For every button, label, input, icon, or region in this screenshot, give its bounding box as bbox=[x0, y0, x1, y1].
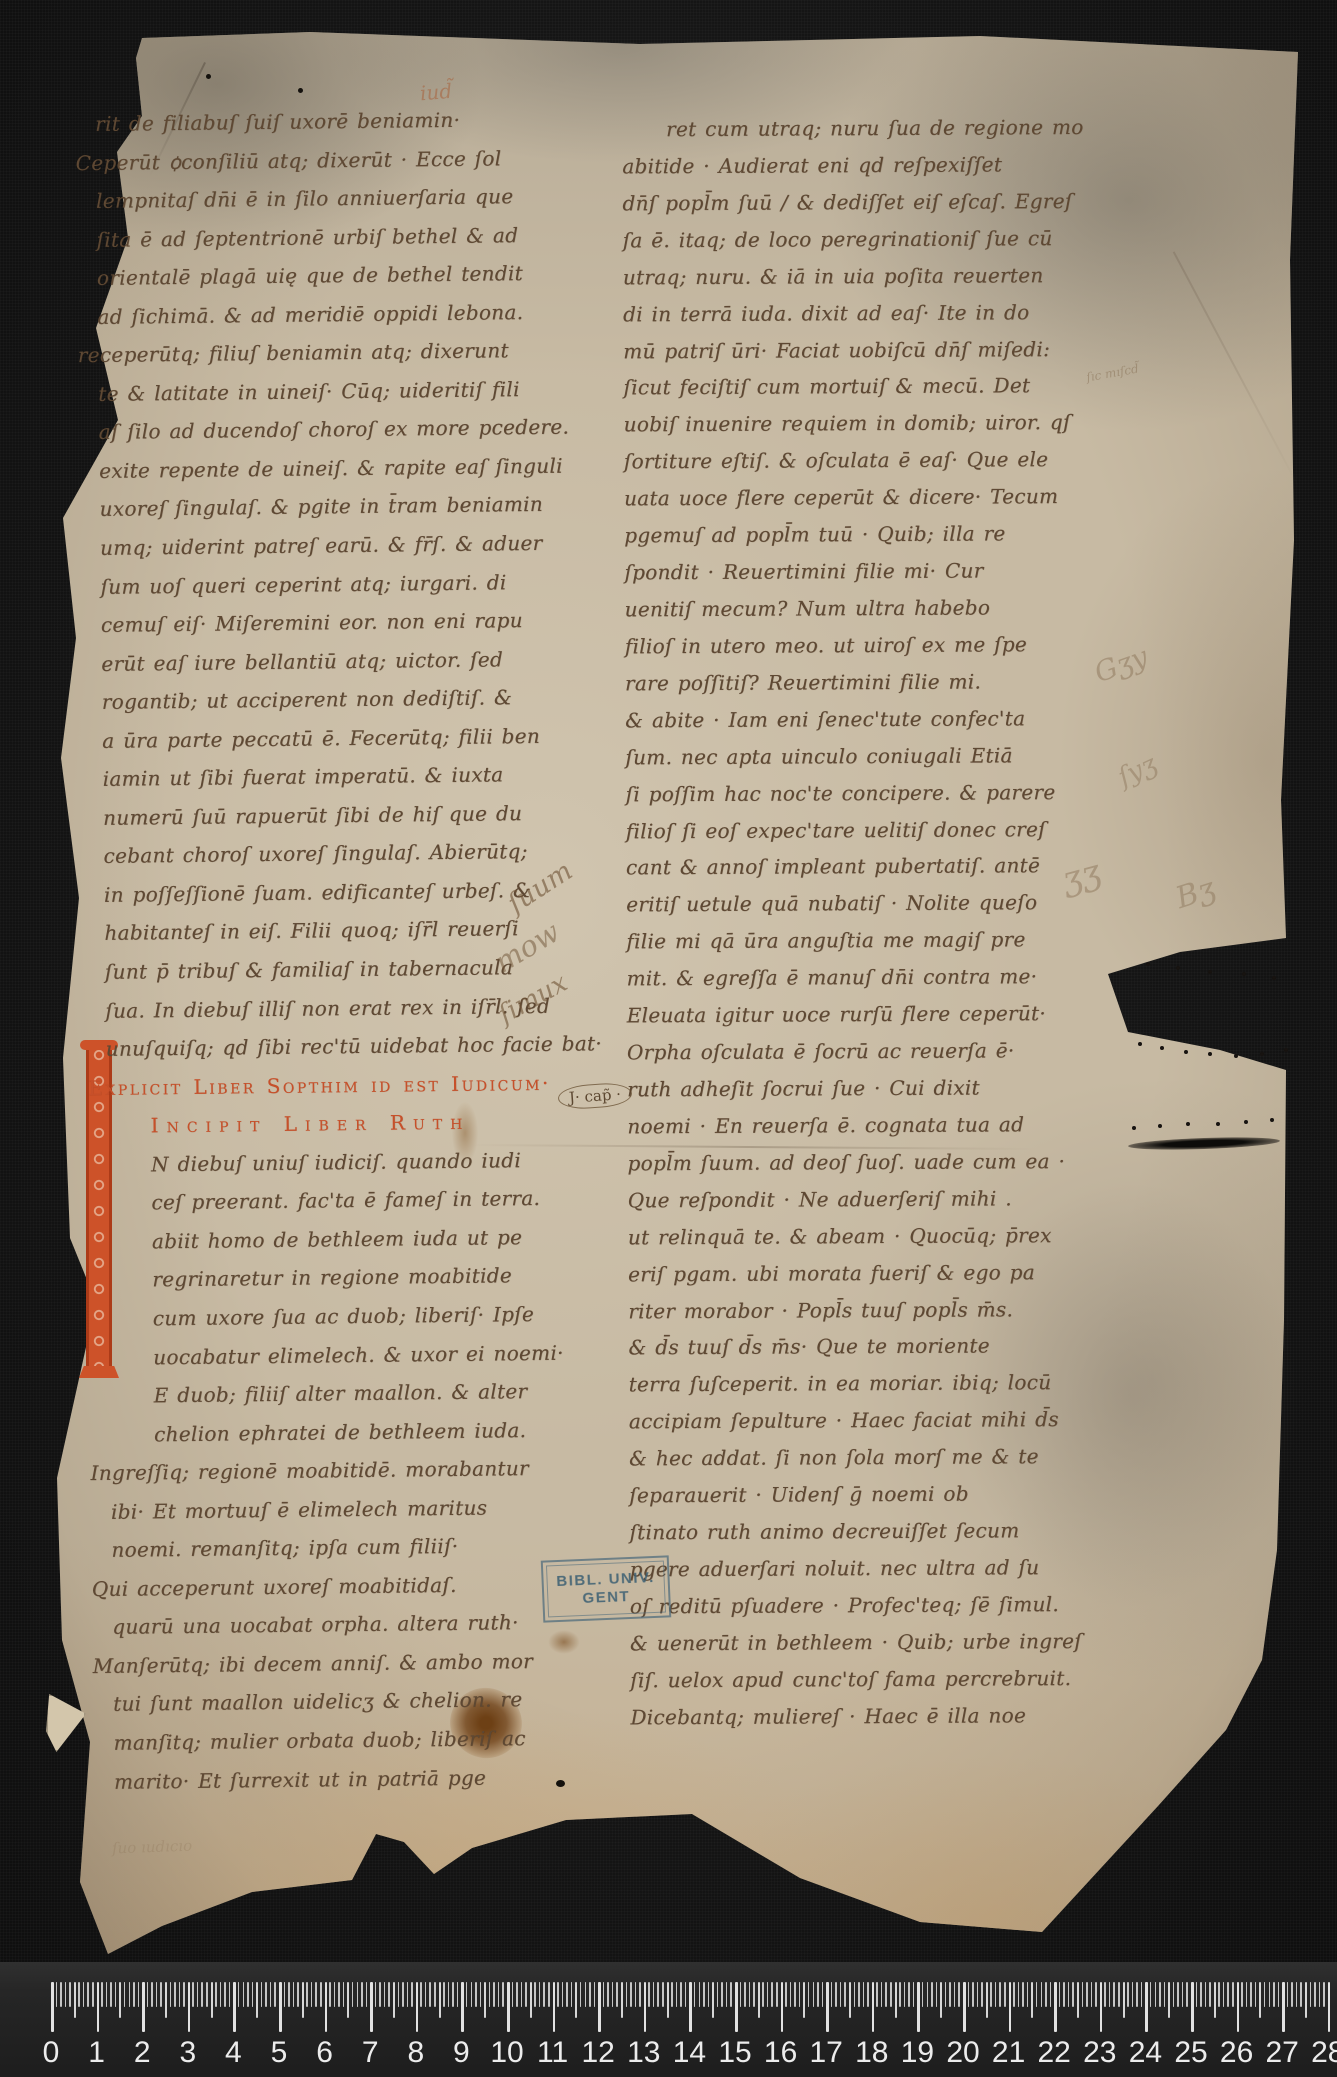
ruler-tick bbox=[1022, 1982, 1024, 2007]
ruler-tick bbox=[256, 1982, 258, 2018]
ruler-tick bbox=[835, 1982, 837, 2007]
ruler-tick bbox=[452, 1982, 454, 2007]
ruler-tick bbox=[1145, 1982, 1148, 2032]
ruler-tick bbox=[972, 1982, 974, 2007]
ruler-tick bbox=[375, 1982, 377, 2007]
ruler-tick bbox=[657, 1982, 659, 2007]
ruler-tick bbox=[699, 1982, 701, 2007]
text-line: abitide · Audierat eni qd reſpexiſſet bbox=[622, 146, 1142, 186]
ruler-tick bbox=[1310, 1982, 1312, 2007]
ruler-tick bbox=[1287, 1982, 1289, 2007]
text-line: filie mi qā ūra anguſtia me magiſ pre bbox=[626, 921, 1146, 961]
ruler-number: 24 bbox=[1129, 2036, 1162, 2070]
ruler-tick bbox=[849, 1982, 851, 2018]
ruler-tick bbox=[183, 1982, 185, 2007]
ruler-tick bbox=[1041, 1982, 1043, 2007]
ruler-tick bbox=[411, 1982, 413, 2007]
ruler-tick bbox=[229, 1982, 231, 2007]
ruler-tick bbox=[379, 1982, 381, 2007]
ruler-tick bbox=[188, 1982, 191, 2032]
worm-hole bbox=[206, 74, 211, 79]
text-line: uenitiſ mecum? Num ultra habebo bbox=[625, 589, 1145, 629]
ruler-tick bbox=[1168, 1982, 1170, 2018]
ruler-tick bbox=[694, 1982, 696, 2007]
ruler-tick bbox=[1273, 1982, 1275, 2007]
ruler-number: 4 bbox=[225, 2036, 242, 2070]
text-line: ad ſichimā. & ad meridiē oppidi lebona. bbox=[97, 292, 609, 336]
ruler-tick bbox=[771, 1982, 773, 2007]
ruler-tick bbox=[1159, 1982, 1161, 2007]
ruler-tick bbox=[507, 1982, 510, 2032]
ruler-tick bbox=[192, 1982, 194, 2007]
measuring-ruler: 0123456789101112131415161718192021222324… bbox=[0, 1962, 1337, 2077]
ruler-tick bbox=[457, 1982, 459, 2007]
text-line: rare poſſitiſ? Reuertimini filie mi. bbox=[625, 662, 1145, 702]
ruler-tick bbox=[626, 1982, 628, 2007]
ruler-tick bbox=[170, 1982, 172, 2007]
ruler-tick bbox=[885, 1982, 887, 2007]
ruler-tick bbox=[238, 1982, 240, 2007]
ruler-tick bbox=[653, 1982, 655, 2007]
ruler-tick bbox=[361, 1982, 363, 2007]
ruler-tick bbox=[1227, 1982, 1229, 2007]
text-line: Manſerūtq; ibi decem anniſ. & ambo mor bbox=[93, 1641, 625, 1686]
text-line: manſitq; mulier orbata duob; liberiſ ac bbox=[113, 1718, 625, 1762]
ruler-tick bbox=[1059, 1982, 1061, 2007]
ruler-tick bbox=[1068, 1982, 1070, 2007]
ruler-tick bbox=[1191, 1982, 1194, 2032]
ruler-tick bbox=[311, 1982, 313, 2007]
text-column-right: ret cum utraq; nuru ſua de regione moabi… bbox=[622, 109, 1150, 1736]
ruler-number: 0 bbox=[43, 2036, 60, 2070]
ruler-tick bbox=[635, 1982, 637, 2007]
text-line: ſi poſſim hac noc'te concipere. & parere bbox=[625, 773, 1145, 813]
ruler-number: 10 bbox=[490, 2036, 523, 2070]
ruler-tick bbox=[612, 1982, 614, 2007]
ruler-tick bbox=[703, 1982, 705, 2007]
ruler-tick bbox=[270, 1982, 272, 2007]
ruler-tick bbox=[393, 1982, 395, 2018]
ruler-tick bbox=[840, 1982, 842, 2007]
ruler-tick bbox=[954, 1982, 956, 2007]
ruler-tick bbox=[56, 1982, 58, 2007]
ruler-tick bbox=[781, 1982, 784, 2032]
text-line: ret cum utraq; nuru ſua de regione mo bbox=[622, 109, 1142, 149]
ruler-tick bbox=[1086, 1982, 1088, 2007]
ruler-tick bbox=[1278, 1982, 1280, 2007]
ruler-tick bbox=[83, 1982, 85, 2007]
ruler-number: 26 bbox=[1220, 2036, 1253, 2070]
text-line: te & latitate in uineiſ· Cūq; uideritiſ … bbox=[98, 369, 610, 413]
text-line: utraq; nuru. & iā in uia poſita reuerten bbox=[623, 256, 1143, 296]
ruler-tick bbox=[968, 1982, 970, 2007]
ruler-tick bbox=[785, 1982, 787, 2007]
ruler-tick bbox=[831, 1982, 833, 2007]
ruler-tick bbox=[147, 1982, 149, 2007]
ruler-number: 6 bbox=[316, 2036, 333, 2070]
ruler-tick bbox=[233, 1982, 236, 2032]
ruler-tick bbox=[730, 1982, 732, 2007]
text-line: Ingreſſiq; regionē moabitidē. morabantur bbox=[90, 1448, 622, 1493]
ruler-tick bbox=[767, 1982, 769, 2007]
text-line: mū patriſ ūri· Faciat uobiſcū dn̄ſ miſed… bbox=[623, 330, 1143, 370]
text-line: chelion ephratei de bethleem iuda. bbox=[110, 1410, 622, 1454]
ruler-tick bbox=[648, 1982, 650, 2007]
ruler-tick bbox=[156, 1982, 158, 2007]
ruler-tick bbox=[1319, 1982, 1321, 2007]
ruler-tick bbox=[562, 1982, 564, 2007]
ruler-number: 7 bbox=[362, 2036, 379, 2070]
ruler-tick bbox=[539, 1982, 541, 2007]
ruler-tick bbox=[708, 1982, 710, 2007]
ruler-tick bbox=[1173, 1982, 1175, 2007]
ruler-tick bbox=[1255, 1982, 1257, 2007]
ruler-tick bbox=[448, 1982, 450, 2007]
faded-note: ſuo ıudıcıo bbox=[112, 1837, 193, 1858]
ruler-tick bbox=[1077, 1982, 1079, 2018]
ruler-number: 20 bbox=[946, 2036, 979, 2070]
ruler-tick bbox=[402, 1982, 404, 2007]
ruler-tick bbox=[1004, 1982, 1006, 2007]
text-line: E duob; filiiſ alter maallon. & alter bbox=[109, 1371, 621, 1415]
ruler-tick bbox=[1072, 1982, 1074, 2007]
text-line: pgere aduerſari noluit. nec ultra ad ſu bbox=[630, 1549, 1150, 1589]
ruler-tick bbox=[1118, 1982, 1120, 2007]
worm-hole bbox=[298, 88, 303, 93]
ruler-tick bbox=[1082, 1982, 1084, 2007]
ruler-tick bbox=[667, 1982, 669, 2018]
ruler-tick bbox=[101, 1982, 103, 2007]
ruler-tick bbox=[206, 1982, 208, 2007]
ruler-tick bbox=[890, 1982, 892, 2007]
text-line: ſum. nec apta uinculo coniugali Etiā bbox=[625, 736, 1145, 776]
ruler-tick bbox=[1013, 1982, 1015, 2007]
ruler-tick bbox=[243, 1982, 245, 2007]
ruler-tick bbox=[357, 1982, 359, 2007]
ruler-tick bbox=[502, 1982, 504, 2007]
ruler-tick bbox=[817, 1982, 819, 2007]
ruler-tick bbox=[630, 1982, 632, 2007]
ruler-tick bbox=[370, 1982, 373, 2032]
text-line: ſeparauerit · Uidenſ ḡ noemi ob bbox=[629, 1475, 1149, 1515]
ruler-tick bbox=[215, 1982, 217, 2007]
ruler-tick bbox=[977, 1982, 979, 2007]
text-line: & hec addat. ſi non ſola morſ me & te bbox=[629, 1438, 1149, 1478]
ruler-tick bbox=[881, 1982, 883, 2007]
ruler-number: 13 bbox=[627, 2036, 660, 2070]
ruler-tick bbox=[1196, 1982, 1198, 2007]
ruler-tick bbox=[676, 1982, 678, 2007]
ruler-tick bbox=[1009, 1982, 1012, 2032]
text-line: cum uxore ſua ac duob; liberiſ· Ipſe bbox=[109, 1294, 621, 1338]
ruler-tick bbox=[758, 1982, 760, 2018]
ruler-tick bbox=[388, 1982, 390, 2007]
ruler-tick bbox=[1259, 1982, 1261, 2018]
ruler-tick bbox=[201, 1982, 203, 2007]
ruler-tick bbox=[589, 1982, 591, 2007]
ruler-tick bbox=[1300, 1982, 1302, 2007]
ruler-tick bbox=[129, 1982, 131, 2007]
text-line: ibi· Et mortuuſ ē elimelech maritus bbox=[111, 1487, 623, 1531]
ruler-tick bbox=[521, 1982, 523, 2007]
ruler-tick bbox=[329, 1982, 331, 2007]
ruler-tick bbox=[1141, 1982, 1143, 2007]
ruler-number: 12 bbox=[582, 2036, 615, 2070]
ruler-tick bbox=[1314, 1982, 1316, 2007]
ruler-tick bbox=[1291, 1982, 1293, 2007]
text-line: uxoreſ ſingulaſ. & pgite in t̄ram beniam… bbox=[99, 485, 611, 529]
ruler-tick bbox=[534, 1982, 536, 2007]
ruler-tick bbox=[566, 1982, 568, 2007]
ruler-tick bbox=[489, 1982, 491, 2007]
text-line: ſum uoſ queri ceperint atq; iurgari. di bbox=[100, 562, 612, 606]
text-line: N diebuſ uniuſ iudiciſ. quando iudi bbox=[107, 1140, 619, 1184]
ruler-tick bbox=[247, 1982, 249, 2007]
text-line: regrinaretur in regione moabitide bbox=[108, 1255, 620, 1299]
ruler-tick bbox=[1104, 1982, 1106, 2007]
ruler-tick bbox=[106, 1982, 108, 2007]
text-line: noemi · En reuerſa ē. cognata tua ad bbox=[627, 1106, 1147, 1146]
text-line: a ūra parte peccatū ē. Fecerūtq; filii b… bbox=[102, 716, 614, 760]
ruler-number: 2 bbox=[134, 2036, 151, 2070]
ruler-tick bbox=[434, 1982, 436, 2007]
ruler-tick bbox=[110, 1982, 112, 2007]
text-line: ſita ē ad ſeptentrionē urbiſ bethel & ad bbox=[96, 215, 608, 259]
ruler-tick bbox=[999, 1982, 1001, 2007]
text-line: Orpha oſculata ē ſocrū ac reuerſa ē· bbox=[627, 1032, 1147, 1072]
ruler-tick bbox=[995, 1982, 997, 2007]
text-line: ut relinquā te. & abeam · Quocūq; p̄rex bbox=[628, 1216, 1148, 1256]
text-line: rit de filiabuſ ſuiſ uxorē beniamin· bbox=[95, 99, 607, 143]
ruler-tick bbox=[899, 1982, 901, 2007]
ruler-tick bbox=[297, 1982, 299, 2007]
ruler-tick bbox=[717, 1982, 719, 2007]
ruler-tick bbox=[420, 1982, 422, 2007]
ruler-tick bbox=[963, 1982, 966, 2032]
ruler-number: 18 bbox=[855, 2036, 888, 2070]
text-line: uata uoce flere ceperūt & dicere· Tecum bbox=[624, 478, 1144, 518]
ruler-tick bbox=[913, 1982, 915, 2007]
text-line: erūt eaſ iure bellantiū atq; uictor. ſed bbox=[101, 639, 613, 683]
ruler-tick bbox=[115, 1982, 117, 2007]
stitch-holes bbox=[1146, 962, 1150, 966]
ruler-tick bbox=[443, 1982, 445, 2007]
text-line: iamin ut ſibi fuerat imperatū. & iuxta bbox=[102, 754, 614, 798]
ruler-tick bbox=[1100, 1982, 1103, 2032]
ruler-tick bbox=[616, 1982, 618, 2007]
text-line: Eleuata igitur uoce rurſū flere ceperūt· bbox=[627, 995, 1147, 1035]
ruler-tick bbox=[133, 1982, 135, 2007]
library-stamp-border bbox=[546, 1561, 666, 1618]
ruler-tick bbox=[662, 1982, 664, 2007]
text-line: uocabatur elimelech. & uxor ei noemi· bbox=[109, 1333, 621, 1377]
text-line: terra ſuſceperit. in ea moriar. ibiq; lo… bbox=[629, 1364, 1149, 1404]
ruler-tick bbox=[712, 1982, 714, 2018]
ruler-tick bbox=[1127, 1982, 1129, 2007]
ruler-tick bbox=[174, 1982, 176, 2007]
ruler-tick bbox=[1296, 1982, 1298, 2007]
ruler-tick bbox=[274, 1982, 276, 2007]
ruler-tick bbox=[571, 1982, 573, 2007]
ruler-tick bbox=[639, 1982, 641, 2007]
ruler-tick bbox=[288, 1982, 290, 2007]
text-line: filioſ in utero meo. ut uiroſ ex me ſpe bbox=[625, 626, 1145, 666]
text-line: aſ ſilo ad ducendoſ choroſ ex more pcede… bbox=[99, 407, 611, 451]
ruler-tick bbox=[1155, 1982, 1157, 2007]
ruler-tick bbox=[179, 1982, 181, 2007]
ruler-tick bbox=[1054, 1982, 1057, 2032]
text-line: orientalē plagā uię que de bethel tendit bbox=[97, 253, 609, 297]
text-line: di in terrā iuda. dixit ad eaſ· Ite in d… bbox=[623, 293, 1143, 333]
ruler-tick bbox=[721, 1982, 723, 2007]
ruler-tick bbox=[51, 1982, 54, 2032]
ruler-tick bbox=[315, 1982, 317, 2007]
ruler-tick bbox=[252, 1982, 254, 2007]
ruler-tick bbox=[858, 1982, 860, 2007]
ruler-tick bbox=[119, 1982, 121, 2018]
ruler-number: 22 bbox=[1038, 2036, 1071, 2070]
ruler-tick bbox=[1282, 1982, 1285, 2032]
text-line: unuſquiſq; qd ſibi rec'tū uidebat hoc fa… bbox=[106, 1024, 618, 1068]
ruler-tick bbox=[1018, 1982, 1020, 2007]
text-line: abiit homo de bethleem iuda ut pe bbox=[108, 1217, 620, 1261]
ruler-number: 17 bbox=[810, 2036, 843, 2070]
text-line: popl̄m ſuum. ad deoſ ſuoſ. uade cum ea · bbox=[627, 1142, 1147, 1182]
ruler-number: 15 bbox=[718, 2036, 751, 2070]
ruler-tick bbox=[1186, 1982, 1188, 2007]
ruler-tick bbox=[553, 1982, 556, 2032]
ruler-tick bbox=[598, 1982, 601, 2032]
ruler-tick bbox=[1182, 1982, 1184, 2007]
ruler-tick bbox=[1031, 1982, 1033, 2018]
ruler-number: 1 bbox=[88, 2036, 105, 2070]
ruler-number: 14 bbox=[673, 2036, 706, 2070]
ruler-number: 11 bbox=[537, 2036, 568, 2070]
ruler-tick bbox=[689, 1982, 692, 2032]
ruler-number: 27 bbox=[1266, 2036, 1299, 2070]
text-line: & abite · Iam eni ſenec'tute confec'ta bbox=[625, 699, 1145, 739]
ruler-tick bbox=[493, 1982, 495, 2007]
ruler-tick bbox=[1113, 1982, 1115, 2007]
ruler-tick bbox=[644, 1982, 647, 2032]
ruler-tick bbox=[352, 1982, 354, 2007]
ruler-tick bbox=[461, 1982, 464, 2032]
ruler-tick bbox=[1237, 1982, 1240, 2032]
ruler-tick bbox=[1123, 1982, 1125, 2018]
ruler-tick bbox=[1269, 1982, 1271, 2007]
ruler-tick bbox=[1232, 1982, 1234, 2007]
ruler-tick bbox=[284, 1982, 286, 2007]
ruler-tick bbox=[78, 1982, 80, 2007]
ruler-tick bbox=[680, 1982, 682, 2007]
ruler-tick bbox=[484, 1982, 486, 2018]
ruler-tick bbox=[302, 1982, 304, 2018]
rubric-line: Explicit Liber Sopthim id eſt Iudicum· bbox=[88, 1063, 618, 1108]
ruler-number: 21 bbox=[992, 2036, 1025, 2070]
ruler-tick bbox=[1214, 1982, 1216, 2018]
ruler-tick bbox=[197, 1982, 199, 2007]
ruler-tick bbox=[1063, 1982, 1065, 2007]
ruler-tick bbox=[854, 1982, 856, 2007]
text-line: pgemuſ ad popl̄m tuū · Quib; illa re bbox=[624, 515, 1144, 555]
ruler-tick bbox=[320, 1982, 322, 2007]
text-line: Ceperūt ꟁconſiliū atq; dixerūt · Ecce ſo… bbox=[75, 138, 607, 183]
ruler-tick bbox=[927, 1982, 929, 2007]
text-line: receperūtq; filiuſ beniamin atq; dixerun… bbox=[78, 330, 610, 375]
ruler-tick bbox=[776, 1982, 778, 2007]
text-line: ſicut feciſtiſ cum mortuiſ & mecū. Det bbox=[623, 367, 1143, 407]
ruler-tick bbox=[439, 1982, 441, 2018]
ruler-tick bbox=[603, 1982, 605, 2007]
text-line: rogantib; ut acciperent non dediſtiſ. & bbox=[102, 677, 614, 721]
ruler-tick bbox=[124, 1982, 126, 2007]
ruler-tick bbox=[69, 1982, 71, 2007]
ruler-tick bbox=[740, 1982, 742, 2007]
ruler-tick bbox=[863, 1982, 865, 2007]
ruler-tick bbox=[762, 1982, 764, 2007]
ruler-number: 16 bbox=[764, 2036, 797, 2070]
ruler-tick bbox=[904, 1982, 906, 2007]
ruler-tick bbox=[512, 1982, 514, 2007]
text-line: oſ reditū pſuadere · Profec'teq; ſē ſimu… bbox=[630, 1585, 1150, 1625]
ruler-number: 23 bbox=[1083, 2036, 1116, 2070]
ruler-tick bbox=[1246, 1982, 1248, 2007]
ruler-tick bbox=[940, 1982, 942, 2018]
ruler-tick bbox=[265, 1982, 267, 2007]
ruler-tick bbox=[735, 1982, 738, 2032]
ruler-number: 25 bbox=[1174, 2036, 1207, 2070]
ruler-tick bbox=[142, 1982, 145, 2032]
ruler-tick bbox=[1132, 1982, 1134, 2007]
ruler-tick bbox=[343, 1982, 345, 2007]
text-line: umq; uiderint patreſ earū. & fr̄ſ. & adu… bbox=[100, 523, 612, 567]
ruler-number: 9 bbox=[453, 2036, 470, 2070]
ruler-tick bbox=[1027, 1982, 1029, 2007]
ruler-tick bbox=[1200, 1982, 1202, 2007]
ruler-number: 19 bbox=[901, 2036, 934, 2070]
text-line: Dicebantq; muliereſ · Haec ē illa noe bbox=[630, 1696, 1150, 1736]
ruler-tick bbox=[753, 1982, 755, 2007]
text-line: & d̄s tuuſ d̄s m̄s· Que te moriente bbox=[628, 1327, 1148, 1367]
ruler-tick bbox=[1264, 1982, 1266, 2007]
ruler-tick bbox=[1209, 1982, 1211, 2007]
ruler-tick bbox=[594, 1982, 596, 2007]
ruler-tick bbox=[808, 1982, 810, 2007]
ruler-tick bbox=[65, 1982, 67, 2007]
text-line: ceſ preerant. fac'ta ē fameſ in terra. bbox=[107, 1178, 619, 1222]
ruler-tick bbox=[398, 1982, 400, 2007]
text-line: exite repente de uineiſ. & rapite eaſ ſi… bbox=[99, 446, 611, 490]
ruler-tick bbox=[803, 1982, 805, 2018]
ruler-tick bbox=[744, 1982, 746, 2007]
ruler-tick bbox=[416, 1982, 419, 2032]
ruler-tick bbox=[1177, 1982, 1179, 2007]
ruler-tick bbox=[726, 1982, 728, 2007]
ruler-tick bbox=[384, 1982, 386, 2007]
ruler-tick bbox=[826, 1982, 829, 2032]
ruler-tick bbox=[1223, 1982, 1225, 2007]
ruler-tick bbox=[557, 1982, 559, 2007]
ruler-tick bbox=[1250, 1982, 1252, 2007]
ruler-tick bbox=[293, 1982, 295, 2007]
text-line: filioſ ſi eoſ expec'tare uelitiſ donec c… bbox=[626, 810, 1146, 850]
text-line: uobiſ inuenire requiem in domib; uiror. … bbox=[624, 404, 1144, 444]
ruler-tick bbox=[822, 1982, 824, 2007]
text-line: accipiam ſepulture · Haec faciat mihi d̄… bbox=[629, 1401, 1149, 1441]
ruler-tick bbox=[74, 1982, 76, 2018]
text-line: Que reſpondit · Ne aduerſeriſ mihi . bbox=[628, 1179, 1148, 1219]
text-line: eriſ pgam. ubi morata fueriſ & ego pa bbox=[628, 1253, 1148, 1293]
